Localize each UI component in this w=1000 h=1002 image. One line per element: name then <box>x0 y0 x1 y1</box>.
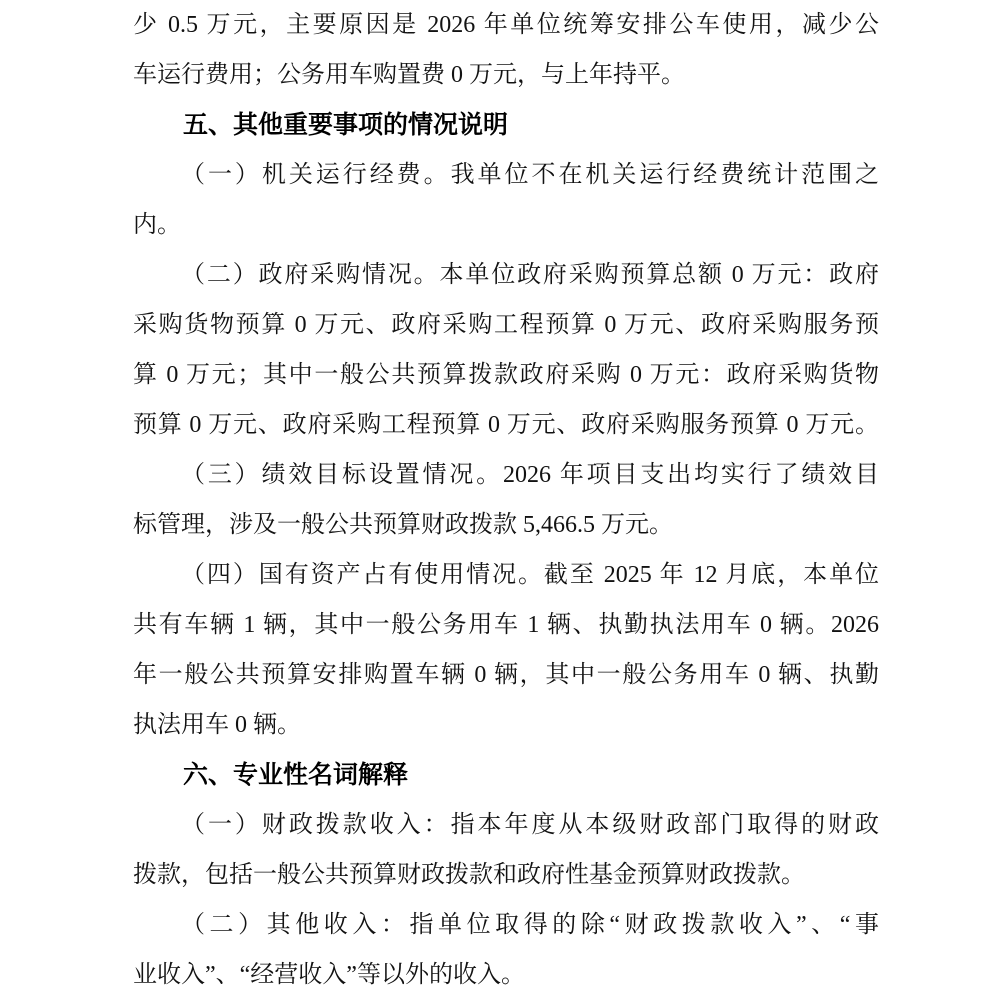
section-heading: 五、其他重要事项的情况说明 <box>133 100 879 150</box>
text-line: 车运行费用；公务用车购置费 0 万元，与上年持平。 <box>133 50 879 100</box>
text-line: 业收入”、“经营收入”等以外的收入。 <box>133 950 879 1000</box>
text-line: （二）其他收入：指单位取得的除“财政拨款收入”、“事 <box>133 900 879 950</box>
text-line: 拨款，包括一般公共预算财政拨款和政府性基金预算财政拨款。 <box>133 850 879 900</box>
text-line: 执法用车 0 辆。 <box>133 700 879 750</box>
text-line: 算 0 万元；其中一般公共预算拨款政府采购 0 万元：政府采购货物 <box>133 350 879 400</box>
text-line: 采购货物预算 0 万元、政府采购工程预算 0 万元、政府采购服务预 <box>133 300 879 350</box>
text-line: 少 0.5 万元，主要原因是 2026 年单位统筹安排公车使用，减少公 <box>133 0 879 50</box>
text-line: 共有车辆 1 辆，其中一般公务用车 1 辆、执勤执法用车 0 辆。2026 <box>133 600 879 650</box>
text-line: （三）绩效目标设置情况。2026 年项目支出均实行了绩效目 <box>133 450 879 500</box>
document-page: 少 0.5 万元，主要原因是 2026 年单位统筹安排公车使用，减少公车运行费用… <box>0 0 1000 1002</box>
section-heading: 六、专业性名词解释 <box>133 750 879 800</box>
text-line: 内。 <box>133 200 879 250</box>
text-line: （一）财政拨款收入：指本年度从本级财政部门取得的财政 <box>133 800 879 850</box>
text-line: 标管理，涉及一般公共预算财政拨款 5,466.5 万元。 <box>133 500 879 550</box>
text-line: （二）政府采购情况。本单位政府采购预算总额 0 万元：政府 <box>133 250 879 300</box>
text-line: （一）机关运行经费。我单位不在机关运行经费统计范围之 <box>133 150 879 200</box>
text-column: 少 0.5 万元，主要原因是 2026 年单位统筹安排公车使用，减少公车运行费用… <box>133 0 879 1000</box>
text-line: 年一般公共预算安排购置车辆 0 辆，其中一般公务用车 0 辆、执勤 <box>133 650 879 700</box>
text-line: （四）国有资产占有使用情况。截至 2025 年 12 月底，本单位 <box>133 550 879 600</box>
text-line: 预算 0 万元、政府采购工程预算 0 万元、政府采购服务预算 0 万元。 <box>133 400 879 450</box>
